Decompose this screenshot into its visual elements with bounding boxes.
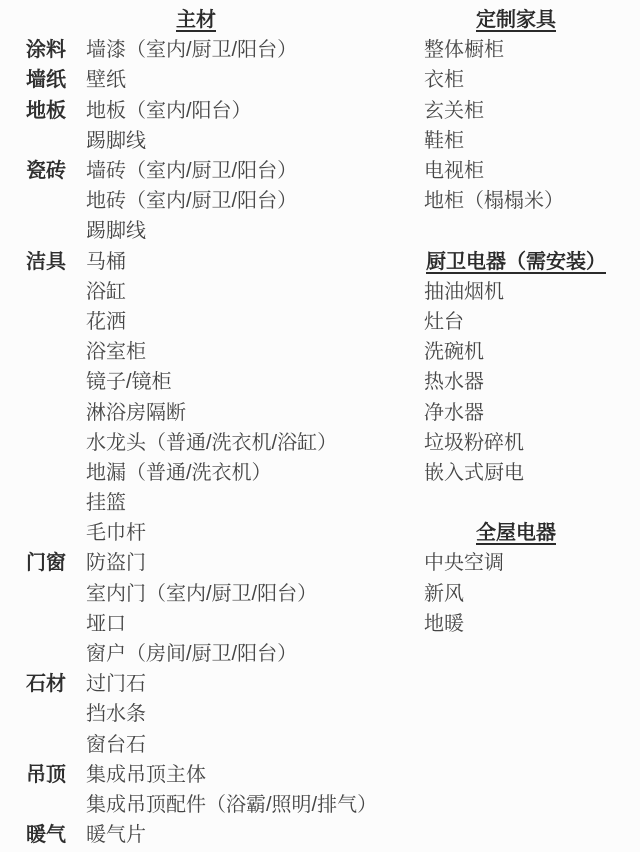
section-header: 全屋电器 <box>424 523 640 543</box>
table-row: 暖气 暖气片 <box>0 820 640 850</box>
table-row: 地砖（室内/厨卫/阳台） 地柜（榻榻米） <box>0 186 640 216</box>
left-item: 马桶 <box>86 252 424 272</box>
table-row: 浴室柜 洗碗机 <box>0 337 640 367</box>
table-row: 镜子/镜柜 热水器 <box>0 367 640 397</box>
left-item: 淋浴房隔断 <box>86 403 424 423</box>
section-header: 定制家具 <box>424 10 640 30</box>
category-label: 洁具 <box>0 252 86 272</box>
table-row: 主材 定制家具 <box>0 5 640 35</box>
left-item: 墙漆（室内/厨卫/阳台） <box>86 40 424 60</box>
left-item: 踢脚线 <box>86 221 424 241</box>
left-item: 过门石 <box>86 674 424 694</box>
table-row: 浴缸 抽油烟机 <box>0 277 640 307</box>
right-item: 抽油烟机 <box>424 282 640 302</box>
left-item: 浴室柜 <box>86 342 424 362</box>
left-item: 毛巾杆 <box>86 523 424 543</box>
right-item: 中央空调 <box>424 553 640 573</box>
left-item: 壁纸 <box>86 70 424 90</box>
table-row: 挡水条 <box>0 699 640 729</box>
right-item: 地柜（榻榻米） <box>424 191 640 211</box>
left-item: 垭口 <box>86 614 424 634</box>
table-row: 瓷砖 墙砖（室内/厨卫/阳台） 电视柜 <box>0 156 640 186</box>
right-item: 灶台 <box>424 312 640 332</box>
right-item: 嵌入式厨电 <box>424 463 640 483</box>
table-row: 地漏（普通/洗衣机） 嵌入式厨电 <box>0 458 640 488</box>
left-item: 防盗门 <box>86 553 424 573</box>
right-item: 整体橱柜 <box>424 40 640 60</box>
right-item: 洗碗机 <box>424 342 640 362</box>
left-item: 花洒 <box>86 312 424 332</box>
left-item: 镜子/镜柜 <box>86 372 424 392</box>
left-item: 地板（室内/阳台） <box>86 101 424 121</box>
left-item: 室内门（室内/厨卫/阳台） <box>86 584 424 604</box>
table-row: 花洒 灶台 <box>0 307 640 337</box>
table-row: 窗台石 <box>0 730 640 760</box>
category-label: 瓷砖 <box>0 161 86 181</box>
left-item: 挂篮 <box>86 493 424 513</box>
section-header: 厨卫电器（需安装） <box>424 252 640 272</box>
right-item: 新风 <box>424 584 640 604</box>
table-row: 门窗 防盗门 中央空调 <box>0 548 640 578</box>
category-label: 地板 <box>0 101 86 121</box>
right-item: 地暖 <box>424 614 640 634</box>
right-item: 净水器 <box>424 403 640 423</box>
category-label: 暖气 <box>0 825 86 845</box>
table-row: 集成吊顶配件（浴霸/照明/排气） <box>0 790 640 820</box>
table-row: 洁具 马桶 厨卫电器（需安装） <box>0 247 640 277</box>
category-label: 吊顶 <box>0 765 86 785</box>
materials-table: 主材 定制家具 涂料 墙漆（室内/厨卫/阳台） 整体橱柜 墙纸 壁纸 衣柜 地板… <box>0 5 640 850</box>
table-row: 水龙头（普通/洗衣机/浴缸） 垃圾粉碎机 <box>0 428 640 458</box>
category-label: 涂料 <box>0 40 86 60</box>
category-label: 门窗 <box>0 553 86 573</box>
table-row: 踢脚线 鞋柜 <box>0 126 640 156</box>
section-header: 主材 <box>86 10 424 30</box>
table-row: 淋浴房隔断 净水器 <box>0 397 640 427</box>
table-row: 垭口 地暖 <box>0 609 640 639</box>
left-item: 地砖（室内/厨卫/阳台） <box>86 191 424 211</box>
left-item: 窗户（房间/厨卫/阳台） <box>86 644 424 664</box>
table-row: 毛巾杆 全屋电器 <box>0 518 640 548</box>
materials-checklist-page: 主材 定制家具 涂料 墙漆（室内/厨卫/阳台） 整体橱柜 墙纸 壁纸 衣柜 地板… <box>0 0 640 852</box>
table-row: 涂料 墙漆（室内/厨卫/阳台） 整体橱柜 <box>0 35 640 65</box>
table-row: 挂篮 <box>0 488 640 518</box>
left-item: 暖气片 <box>86 825 424 845</box>
right-item: 热水器 <box>424 372 640 392</box>
table-row: 室内门（室内/厨卫/阳台） 新风 <box>0 579 640 609</box>
table-row: 踢脚线 <box>0 216 640 246</box>
category-label: 石材 <box>0 674 86 694</box>
left-item: 挡水条 <box>86 704 424 724</box>
right-item: 玄关柜 <box>424 101 640 121</box>
left-item: 地漏（普通/洗衣机） <box>86 463 424 483</box>
table-row: 窗户（房间/厨卫/阳台） <box>0 639 640 669</box>
left-item: 水龙头（普通/洗衣机/浴缸） <box>86 433 424 453</box>
category-label: 墙纸 <box>0 70 86 90</box>
right-item: 鞋柜 <box>424 131 640 151</box>
left-item: 墙砖（室内/厨卫/阳台） <box>86 161 424 181</box>
right-item: 衣柜 <box>424 70 640 90</box>
table-row: 吊顶 集成吊顶主体 <box>0 760 640 790</box>
right-item: 垃圾粉碎机 <box>424 433 640 453</box>
left-item: 窗台石 <box>86 735 424 755</box>
table-row: 石材 过门石 <box>0 669 640 699</box>
left-item: 集成吊顶配件（浴霸/照明/排气） <box>86 795 424 815</box>
left-item: 浴缸 <box>86 282 424 302</box>
left-item: 集成吊顶主体 <box>86 765 424 785</box>
table-row: 地板 地板（室内/阳台） 玄关柜 <box>0 96 640 126</box>
left-item: 踢脚线 <box>86 131 424 151</box>
table-row: 墙纸 壁纸 衣柜 <box>0 65 640 95</box>
right-item: 电视柜 <box>424 161 640 181</box>
